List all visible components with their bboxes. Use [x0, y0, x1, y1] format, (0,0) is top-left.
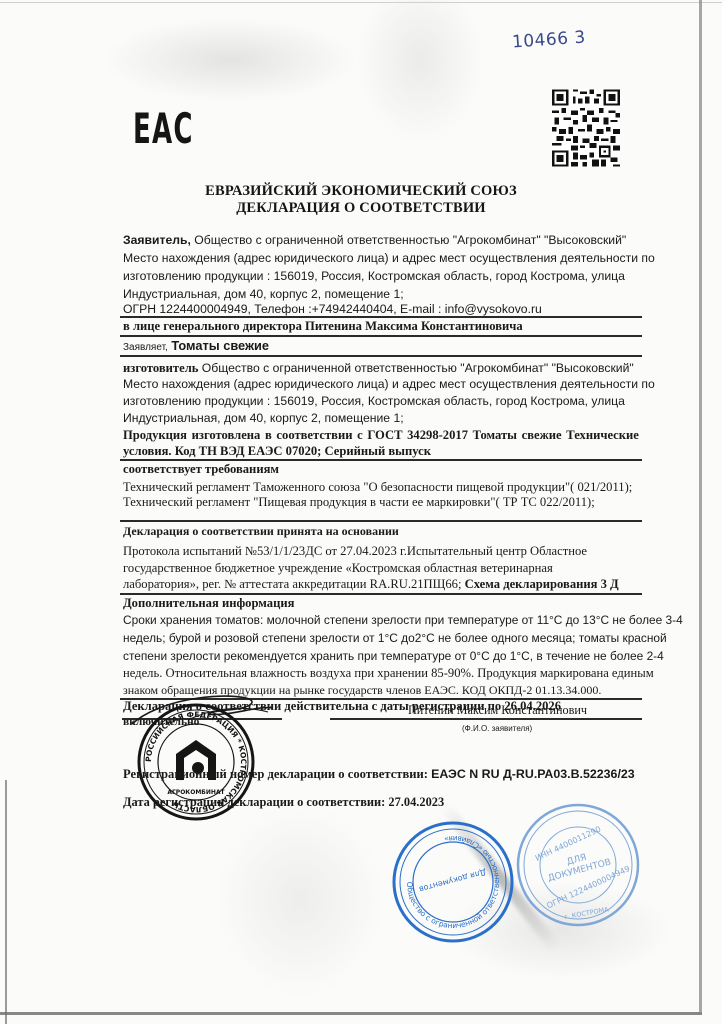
requirement-item-1: Технический регламент Таможенного союза … [123, 480, 632, 495]
additional-info-line-3: степени зрелости рекомендуется хранить п… [123, 649, 664, 663]
applicant-address-line-3: Индустриальная, дом 40, корпус 2, помеще… [123, 287, 404, 301]
basis-line-3: лаборатория», рег. № аттестата аккредита… [123, 577, 619, 592]
basis-line-2: государственное бюджетное учреждение «Ко… [123, 561, 553, 576]
qr-code-icon [552, 89, 620, 167]
manufacturer-line: изготовитель Общество с ограниченной отв… [123, 359, 634, 377]
scan-edge-bottom [0, 1012, 702, 1015]
documents-seal-stamp: ИНН 4400011290 ДЛЯ ДОКУМЕНТОВ ОГРН 12244… [515, 802, 641, 928]
production-standard-line-2: условия. Код ТН ВЭД ЕАЭС 07020; Серийный… [123, 444, 431, 459]
divider [120, 316, 642, 318]
registration-date-label: Дата регистрации декларации о соответств… [123, 795, 388, 809]
requirement-item-2: Технический регламент "Пищевая продукция… [123, 495, 595, 510]
additional-info-line-1: Сроки хранения томатов: молочной степени… [123, 613, 683, 627]
production-standard-line-1: Продукция изготовлена в соответствии с Г… [123, 428, 639, 443]
document-title: ДЕКЛАРАЦИЯ О СООТВЕТСТВИИ [0, 200, 722, 217]
handwritten-note: 10466 3 [511, 27, 586, 52]
manufacturer-address-line-3: Индустриальная, дом 40, корпус 2, помеще… [123, 411, 404, 425]
scan-edge-left [5, 780, 7, 1024]
basis-label: Декларация о соответствии принята на осн… [123, 524, 399, 539]
blue-seal-stamp: Общество с ограниченной ответственностью… [391, 820, 515, 944]
manufacturer-name: Общество с ограниченной ответственностью… [198, 361, 633, 375]
divider [120, 593, 642, 595]
manufacturer-address-line-1: Место нахождения (адрес юридического лиц… [123, 377, 655, 391]
applicant-name: Общество с ограниченной ответственностью… [191, 233, 626, 247]
document-page: 10466 3 EAC [0, 0, 722, 1024]
registration-number-label: Регистрационный номер декларации о соотв… [123, 767, 431, 781]
applicant-address-line-1: Место нахождения (адрес юридического лиц… [123, 251, 655, 265]
signer-name: Питенин Максим Константинович [408, 703, 587, 718]
registration-date-line: Дата регистрации декларации о соответств… [123, 795, 444, 810]
name-line [330, 718, 642, 720]
scan-edge-top [0, 2, 722, 3]
applicant-address-line-2: изготовлению продукции : 156019, Россия,… [123, 269, 625, 283]
divider [120, 520, 642, 522]
divider [120, 459, 642, 461]
divider [120, 355, 642, 357]
signer-caption: (Ф.И.О. заявителя) [462, 724, 532, 733]
applicant-line: Заявитель, Общество с ограниченной ответ… [123, 233, 626, 247]
manufacturer-label: изготовитель [123, 361, 198, 375]
applicant-label: Заявитель, [123, 233, 191, 247]
scan-edge-right [699, 0, 702, 1012]
additional-info-label: Дополнительная информация [123, 596, 294, 611]
applicant-representative: в лице генерального директора Питенина М… [123, 319, 523, 334]
union-title: ЕВРАЗИЙСКИЙ ЭКОНОМИЧЕСКИЙ СОЮЗ [0, 183, 722, 200]
divider [120, 335, 642, 337]
registration-date: 27.04.2023 [388, 795, 444, 809]
declares-label: Заявляет, [123, 342, 168, 353]
accreditation-text: лаборатория», рег. № аттестата аккредита… [123, 577, 465, 591]
product-name: Томаты свежие [168, 338, 269, 353]
stamp-center-text: Для документов [418, 867, 487, 894]
declaration-scheme: Схема декларирования 3 Д [465, 577, 619, 591]
basis-line-1: Протокола испытаний №53/1/1/23ДС от 27.0… [123, 544, 587, 559]
registration-number: ЕАЭС N RU Д-RU.РА03.В.52236/23 [431, 767, 635, 781]
declares-line: Заявляет, Томаты свежие [123, 338, 269, 353]
requirements-label: соответствует требованиям [123, 462, 279, 477]
additional-info-line-2: недель; бурой и розовой степени зрелости… [123, 631, 667, 645]
eac-mark-icon: EAC [133, 108, 194, 150]
manufacturer-address-line-2: изготовлению продукции : 156019, Россия,… [123, 394, 625, 408]
registration-number-line: Регистрационный номер декларации о соотв… [123, 767, 635, 782]
applicant-contacts: ОГРН 1224400004949, Телефон :+7494244040… [123, 302, 542, 316]
additional-info-line-4: недель. Относительная влажность воздуха … [123, 666, 654, 681]
